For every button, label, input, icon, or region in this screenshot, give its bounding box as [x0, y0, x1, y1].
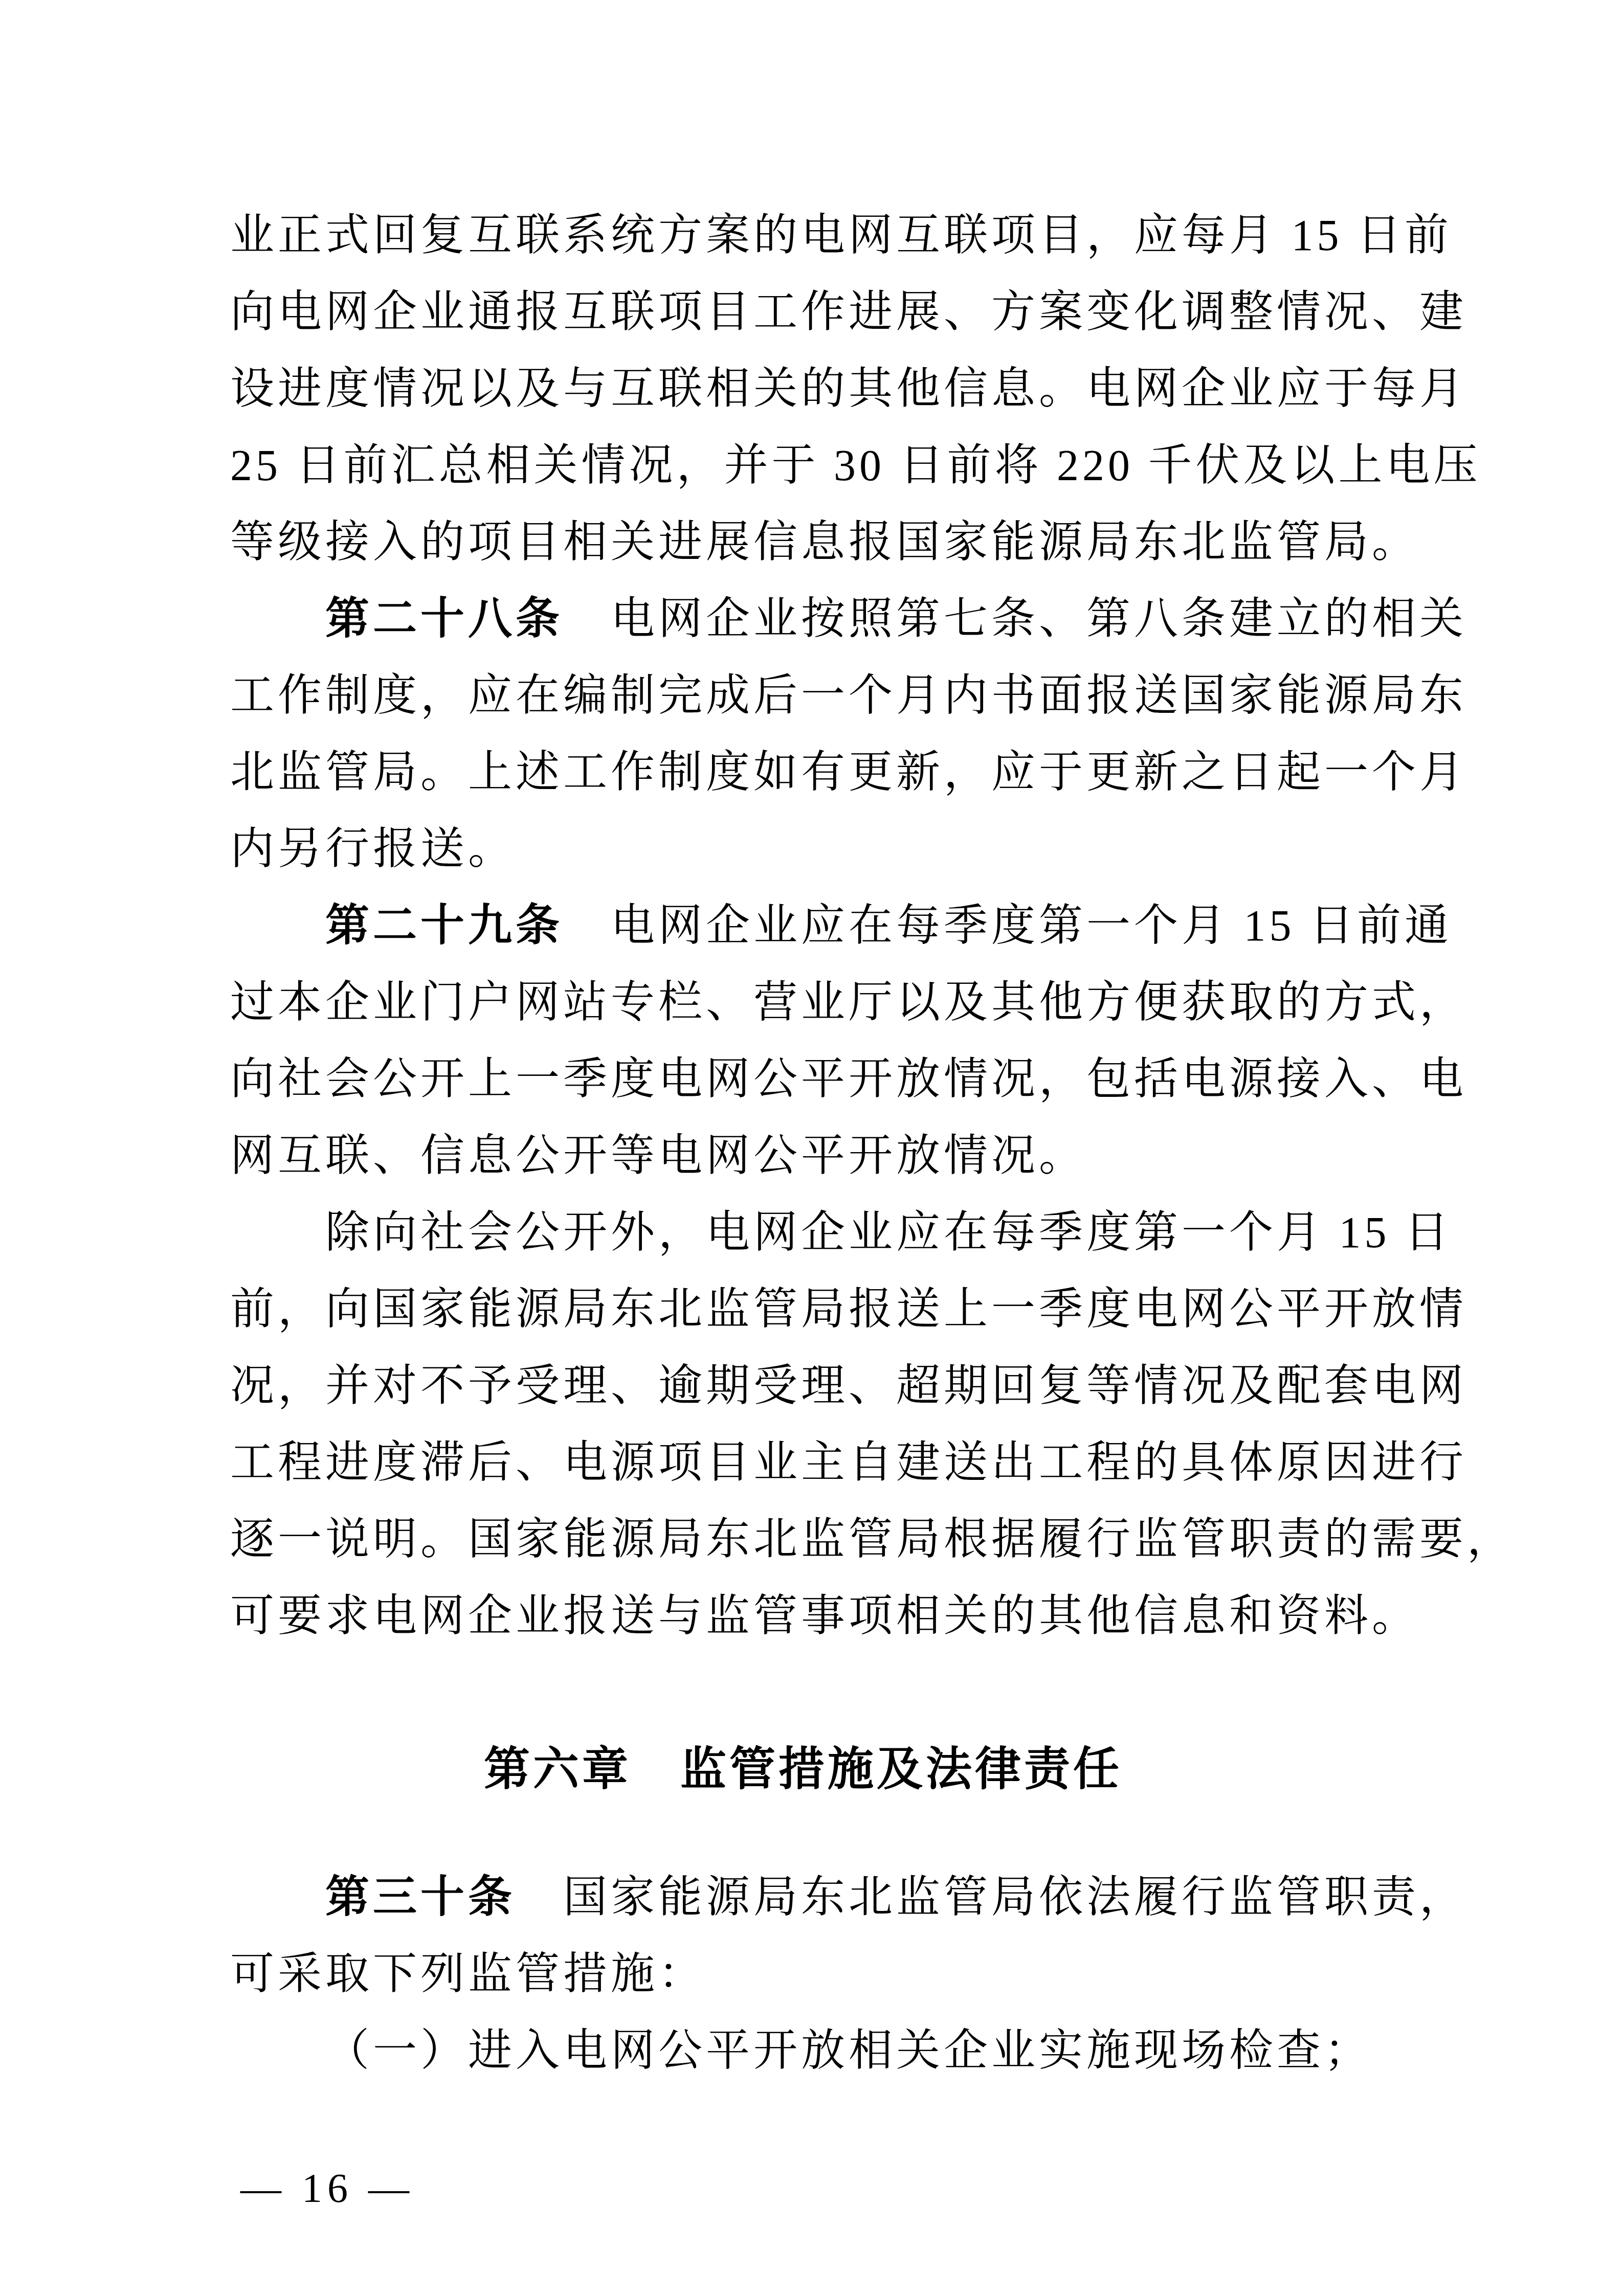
article-number: 第二十八条	[325, 594, 563, 643]
text-line: 第二十八条 电网企业按照第七条、第八条建立的相关	[230, 580, 1376, 657]
text-line: 可要求电网企业报送与监管事项相关的其他信息和资料。	[230, 1578, 1376, 1654]
text-line: 前，向国家能源局东北监管局报送上一季度电网公平开放情	[230, 1271, 1376, 1347]
text-line: 工作制度，应在编制完成后一个月内书面报送国家能源局东	[230, 657, 1376, 734]
line-text: 25 日前汇总相关情况，并于 30 日前将 220 千伏及以上电压	[230, 441, 1481, 490]
text-line: 况，并对不予受理、逾期受理、超期回复等情况及配套电网	[230, 1347, 1376, 1424]
text-line: 内另行报送。	[230, 811, 1376, 887]
line-text: 况，并对不予受理、逾期受理、超期回复等情况及配套电网	[230, 1361, 1467, 1410]
line-text: 逐一说明。国家能源局东北监管局根据履行监管职责的需要，	[230, 1515, 1515, 1564]
text-line: 北监管局。上述工作制度如有更新，应于更新之日起一个月	[230, 734, 1376, 811]
line-text: 除向社会公开外，电网企业应在每季度第一个月 15 日	[325, 1208, 1452, 1257]
line-text: 过本企业门户网站专栏、营业厅以及其他方便获取的方式，	[230, 978, 1467, 1027]
text-line: 除向社会公开外，电网企业应在每季度第一个月 15 日	[230, 1194, 1376, 1271]
text-line: 网互联、信息公开等电网公平开放情况。	[230, 1117, 1376, 1194]
page-number: — 16 —	[240, 2150, 414, 2227]
text-line: 向电网企业通报互联项目工作进展、方案变化调整情况、建	[230, 274, 1376, 350]
line-text: 业正式回复互联系统方案的电网互联项目，应每月 15 日前	[230, 211, 1452, 260]
line-text: 可要求电网企业报送与监管事项相关的其他信息和资料。	[230, 1591, 1419, 1640]
line-text: 设进度情况以及与互联相关的其他信息。电网企业应于每月	[230, 364, 1467, 413]
line-text: 前，向国家能源局东北监管局报送上一季度电网公平开放情	[230, 1285, 1467, 1334]
text-line: 工程进度滞后、电源项目业主自建送出工程的具体原因进行	[230, 1424, 1376, 1501]
line-text: （一）进入电网公平开放相关企业实施现场检查；	[325, 2026, 1372, 2075]
text-line: 25 日前汇总相关情况，并于 30 日前将 220 千伏及以上电压	[230, 427, 1376, 504]
text-line: 过本企业门户网站专栏、营业厅以及其他方便获取的方式，	[230, 964, 1376, 1041]
line-text: 向社会公开上一季度电网公平开放情况，包括电源接入、电	[230, 1054, 1467, 1104]
line-text: 电网企业按照第七条、第八条建立的相关	[563, 594, 1467, 643]
line-text: 网互联、信息公开等电网公平开放情况。	[230, 1131, 1086, 1180]
text-line: 向社会公开上一季度电网公平开放情况，包括电源接入、电	[230, 1041, 1376, 1117]
line-text: 国家能源局东北监管局依法履行监管职责，	[516, 1873, 1467, 1922]
line-text: 监管措施及法律责任	[631, 1744, 1122, 1795]
line-text: 向电网企业通报互联项目工作进展、方案变化调整情况、建	[230, 287, 1467, 336]
line-text: 北监管局。上述工作制度如有更新，应于更新之日起一个月	[230, 748, 1467, 797]
text-line: 等级接入的项目相关进展信息报国家能源局东北监管局。	[230, 504, 1376, 580]
text-line: 第二十九条 电网企业应在每季度第一个月 15 日前通	[230, 887, 1376, 964]
line-text: 电网企业应在每季度第一个月 15 日前通	[563, 901, 1452, 950]
text-line: 设进度情况以及与互联相关的其他信息。电网企业应于每月	[230, 350, 1376, 427]
text-line: 可采取下列监管措施：	[230, 1935, 1376, 2012]
chapter-heading: 第六章 监管措施及法律责任	[230, 1726, 1376, 1813]
article-number: 第二十九条	[325, 901, 563, 950]
text-line: 业正式回复互联系统方案的电网互联项目，应每月 15 日前	[230, 197, 1376, 274]
text-line: 第三十条 国家能源局东北监管局依法履行监管职责，	[230, 1859, 1376, 1935]
line-text: 等级接入的项目相关进展信息报国家能源局东北监管局。	[230, 517, 1419, 567]
document-body: 业正式回复互联系统方案的电网互联项目，应每月 15 日前向电网企业通报互联项目工…	[230, 197, 1376, 2089]
article-number: 第三十条	[325, 1873, 516, 1922]
text-line: （一）进入电网公平开放相关企业实施现场检查；	[230, 2012, 1376, 2089]
line-text: 可采取下列监管措施：	[230, 1949, 706, 1998]
text-line: 逐一说明。国家能源局东北监管局根据履行监管职责的需要，	[230, 1501, 1376, 1578]
line-text: 工作制度，应在编制完成后一个月内书面报送国家能源局东	[230, 671, 1467, 720]
line-text: 工程进度滞后、电源项目业主自建送出工程的具体原因进行	[230, 1438, 1467, 1487]
chapter-number: 第六章	[484, 1744, 631, 1795]
line-text: 内另行报送。	[230, 824, 516, 873]
document-page: 业正式回复互联系统方案的电网互联项目，应每月 15 日前向电网企业通报互联项目工…	[0, 0, 1624, 2296]
